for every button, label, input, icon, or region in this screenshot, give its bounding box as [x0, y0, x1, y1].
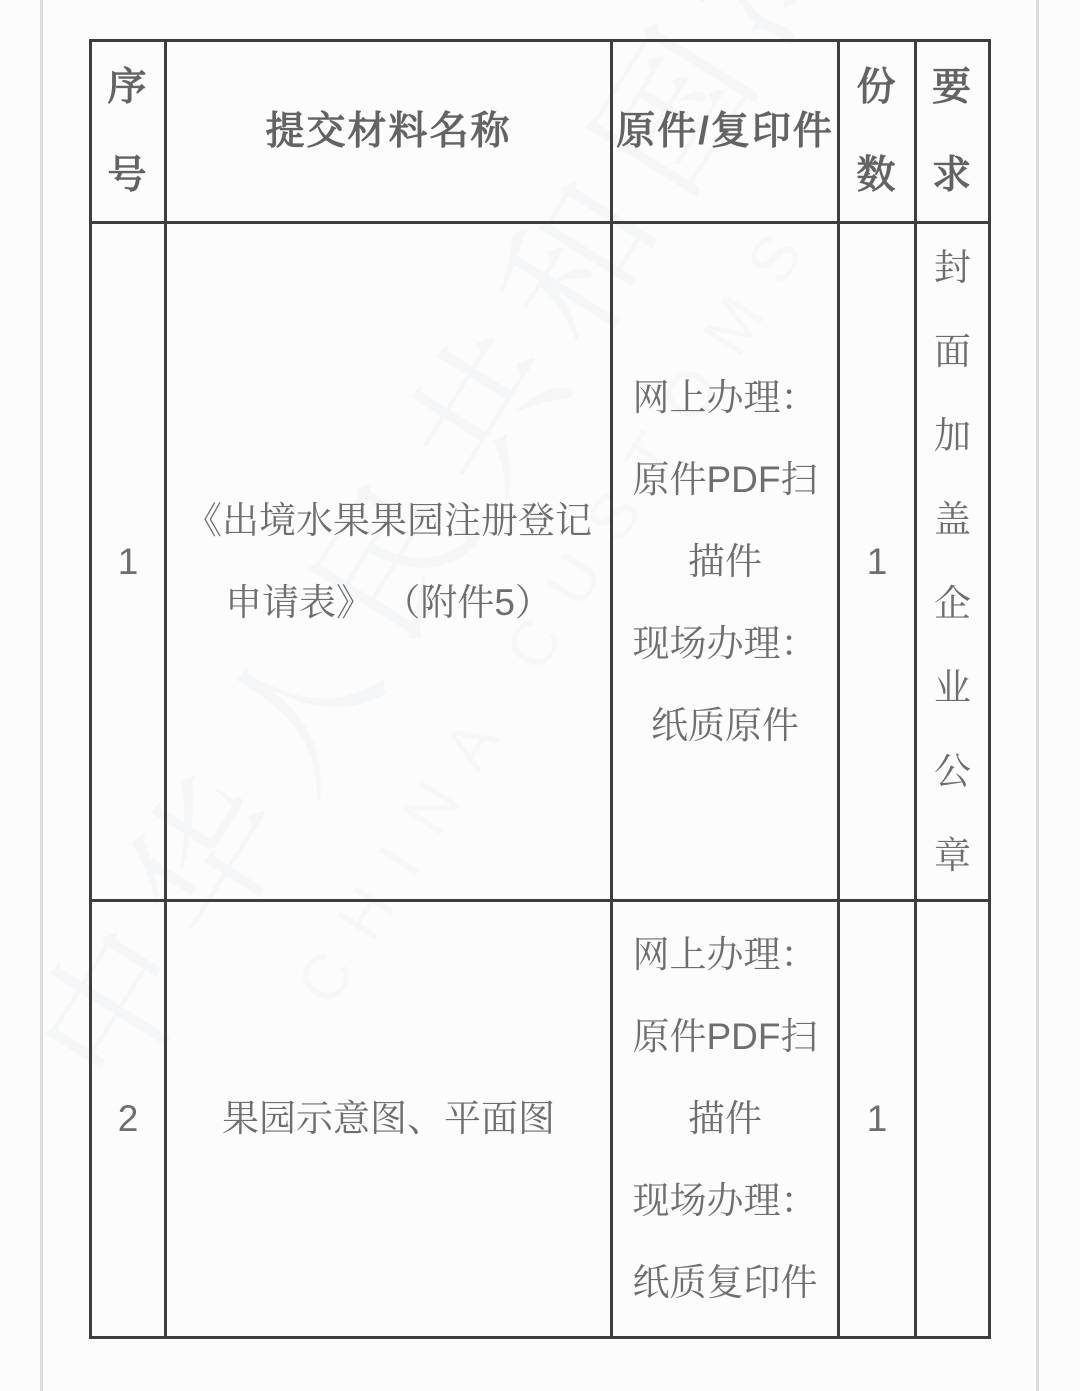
document-page: 中华人民共和国海关 CHINA CUSTOMS 序 号 提交材料名称 原件/复印… — [0, 0, 1080, 1391]
row2-copies-cell: 1 — [840, 902, 917, 1336]
requirement-char: 企 — [934, 562, 971, 646]
header-label-line: 份 — [856, 44, 897, 132]
original-or-copy-line: 现场办理： — [633, 603, 818, 685]
original-or-copy-line: 现场办理： — [633, 1160, 818, 1242]
row2-requirement-cell — [917, 902, 988, 1336]
header-cell-material: 提交材料名称 — [167, 42, 613, 224]
row-index: 2 — [118, 1078, 139, 1160]
original-or-copy-line: 描件 — [688, 521, 762, 603]
header-label: 原件/复印件 — [616, 88, 834, 176]
original-or-copy-line: 原件PDF扫 — [633, 439, 818, 521]
header-label-line: 号 — [107, 132, 148, 220]
row2-material-cell: 果园示意图、平面图 — [167, 902, 613, 1336]
copies-count: 1 — [867, 1078, 888, 1160]
original-or-copy-line: 纸质原件 — [651, 685, 799, 767]
original-or-copy-line: 纸质复印件 — [633, 1242, 818, 1324]
original-or-copy-line: 原件PDF扫 — [633, 996, 818, 1078]
requirement-char: 章 — [934, 814, 971, 898]
row2-index-cell: 2 — [92, 902, 167, 1336]
original-or-copy-line: 网上办理： — [633, 914, 818, 996]
row-index: 1 — [118, 521, 139, 603]
requirement-char: 封 — [934, 226, 971, 310]
header-cell-requirement: 要 求 — [917, 42, 988, 224]
copies-count: 1 — [867, 521, 888, 603]
requirement-char: 盖 — [934, 478, 971, 562]
row1-requirement-cell: 封 面 加 盖 企 业 公 章 — [917, 224, 988, 902]
materials-table: 序 号 提交材料名称 原件/复印件 份 数 要 求 1 《出境水果果园注册登记 … — [89, 39, 991, 1339]
original-or-copy-line: 网上办理： — [633, 357, 818, 439]
material-name-line: 《出境水果果园注册登记 — [185, 480, 592, 562]
requirement-char: 加 — [934, 394, 971, 478]
header-cell-copies: 份 数 — [840, 42, 917, 224]
requirement-char: 面 — [934, 310, 971, 394]
row1-original-or-copy-cell: 网上办理： 原件PDF扫 描件 现场办理： 纸质原件 — [613, 224, 840, 902]
right-margin-line — [1036, 0, 1039, 1391]
header-label: 提交材料名称 — [265, 88, 511, 176]
header-label-line: 数 — [856, 132, 897, 220]
header-label-line: 求 — [932, 132, 973, 220]
header-cell-index: 序 号 — [92, 42, 167, 224]
requirement-char: 公 — [934, 730, 971, 814]
requirement-char: 业 — [934, 646, 971, 730]
material-name-line: 果园示意图、平面图 — [222, 1078, 555, 1160]
row2-original-or-copy-cell: 网上办理： 原件PDF扫 描件 现场办理： 纸质复印件 — [613, 902, 840, 1336]
header-label-line: 序 — [107, 44, 148, 132]
left-margin-line — [40, 0, 43, 1391]
material-name-line: 申请表》 （附件5） — [225, 562, 552, 644]
row1-index-cell: 1 — [92, 224, 167, 902]
row1-material-cell: 《出境水果果园注册登记 申请表》 （附件5） — [167, 224, 613, 902]
original-or-copy-line: 描件 — [688, 1078, 762, 1160]
header-cell-original-or-copy: 原件/复印件 — [613, 42, 840, 224]
header-label-line: 要 — [932, 44, 973, 132]
row1-copies-cell: 1 — [840, 224, 917, 902]
